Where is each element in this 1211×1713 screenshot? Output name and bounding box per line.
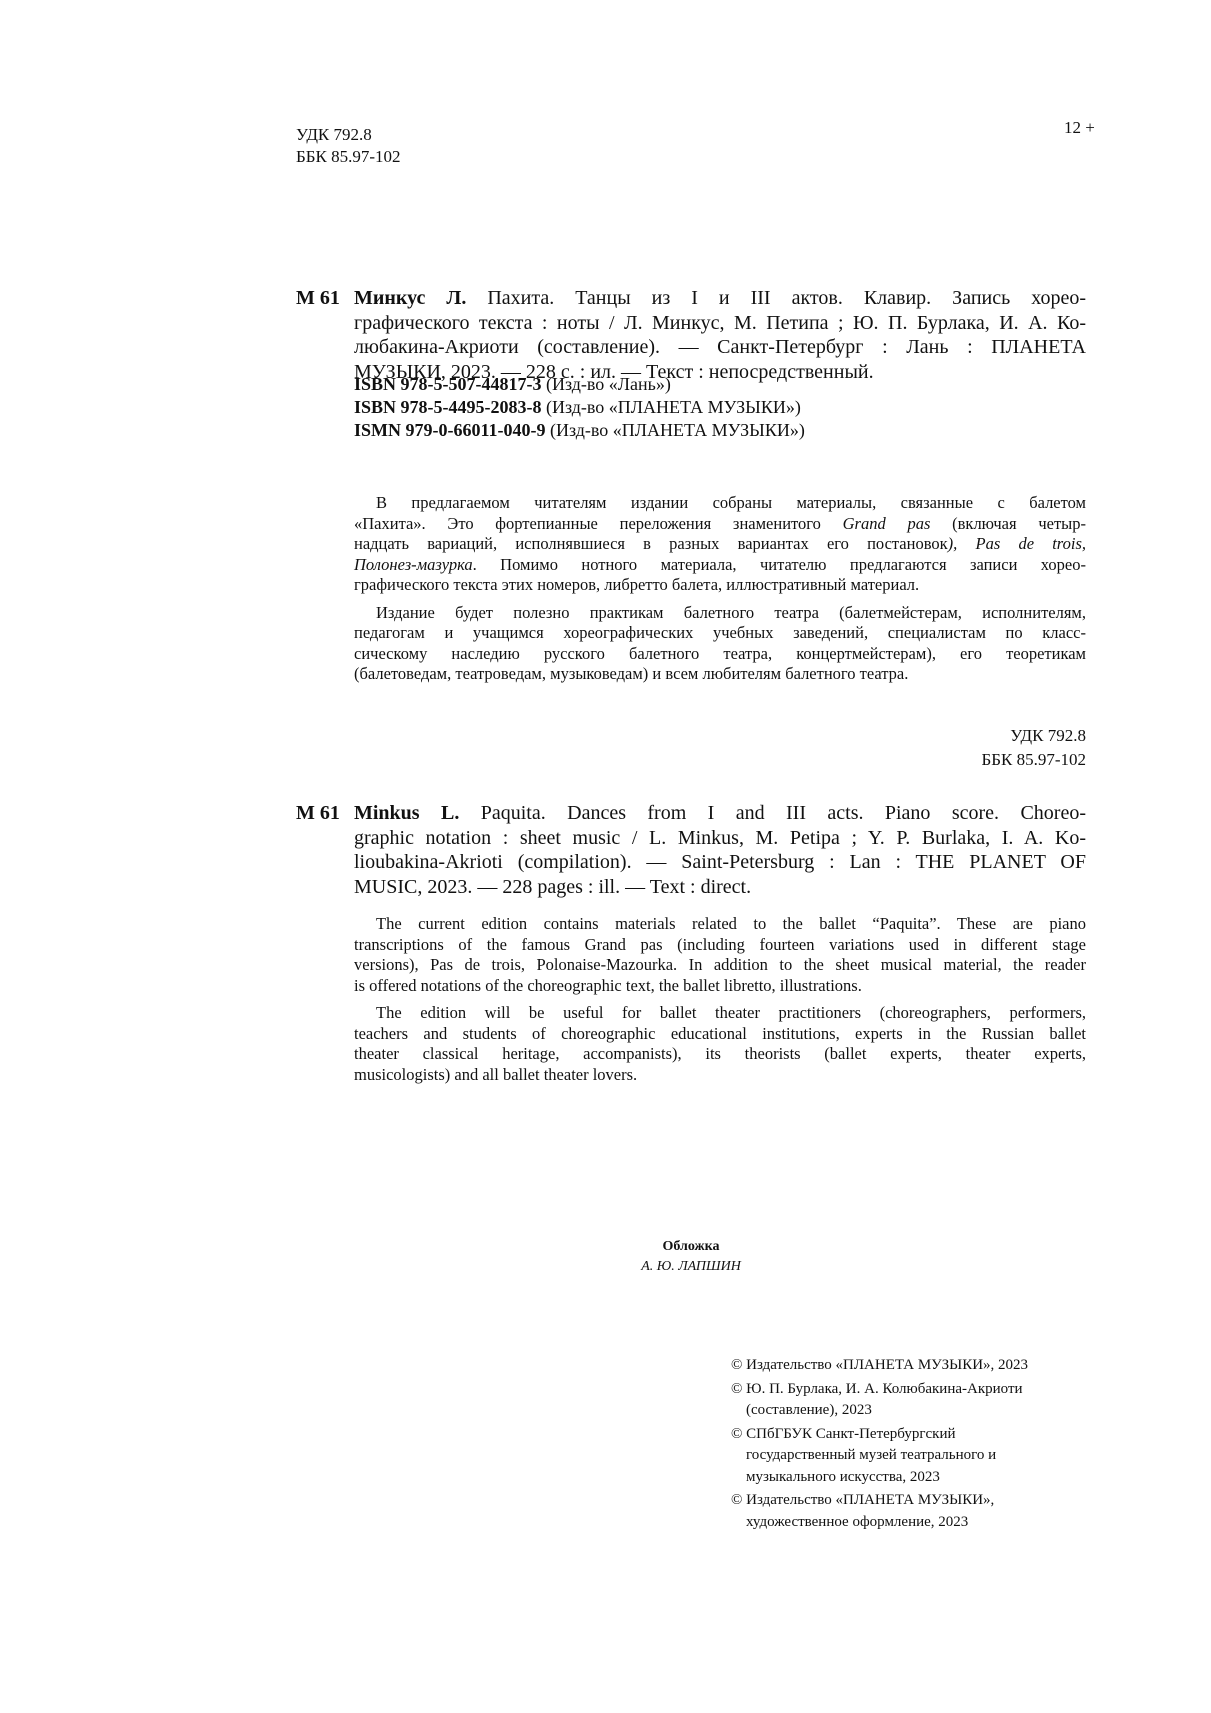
text-run: сическому наследию русского балетного те… [354, 644, 1086, 663]
identifier-row: ISBN 978-5-507-44817-3 (Изд-во «Лань») [354, 373, 805, 396]
abstract-line: педагогам и учащимся хореографических уч… [354, 623, 1086, 644]
italic-text: Grand pas [843, 514, 931, 533]
abstract-line: Полонез-мазурка. Помимо нотного материал… [354, 555, 1086, 576]
text-run: versions), Pas de trois, Polonaise-Mazou… [354, 955, 1086, 974]
abstract-paragraph: Издание будет полезно практикам балетног… [354, 603, 1086, 685]
text-run: The current edition contains materials r… [376, 914, 1086, 933]
udk-bbk-right: УДК 792.8 ББК 85.97-102 [981, 724, 1086, 772]
russian-abstract: В предлагаемом читателям издании собраны… [354, 493, 1086, 692]
identifier-number: ISMN 979-0-66011-040-9 [354, 420, 546, 440]
text-run: графического текста этих номеров, либрет… [354, 575, 919, 594]
identifier-list: ISBN 978-5-507-44817-3 (Изд-во «Лань»)IS… [354, 373, 805, 442]
copyright-item: © Издательство «ПЛАНЕТА МУЗЫКИ», 2023 [731, 1355, 1061, 1377]
copyright-continuation: государственный музей театрального и [731, 1445, 1061, 1467]
copyright-line: © Издательство «ПЛАНЕТА МУЗЫКИ», 2023 [731, 1355, 1061, 1377]
text-run: . Помимо нотного материала, читателю пре… [473, 555, 1086, 574]
abstract-line: teachers and students of choreographic e… [354, 1024, 1086, 1045]
text-run: The edition will be useful for ballet th… [376, 1003, 1086, 1022]
abstract-line: is offered notations of the choreographi… [354, 976, 1086, 997]
italic-text: ), Pas de trois, [948, 534, 1086, 553]
entry-line: любакина-Акриоти (составление). — Санкт-… [354, 335, 1086, 360]
abstract-line: theater classical heritage, accompanists… [354, 1044, 1086, 1065]
text-run: надцать вариаций, исполнявшиеся в разных… [354, 534, 948, 553]
text-run: Издание будет полезно практикам балетног… [376, 603, 1086, 622]
abstract-paragraph: The current edition contains materials r… [354, 914, 1086, 996]
entry-text: Пахита. Танцы из I и III актов. Клавир. … [466, 287, 1086, 309]
cover-artist: А. Ю. ЛАПШИН [0, 1257, 1211, 1277]
abstract-line: Издание будет полезно практикам балетног… [354, 603, 1086, 624]
copyright-line: © Издательство «ПЛАНЕТА МУЗЫКИ», [731, 1490, 1061, 1512]
author-name: Минкус Л. [354, 287, 466, 309]
text-run: (включая четыр- [930, 514, 1086, 533]
entry-text: MUSIC, 2023. — 228 pages : ill. — Text :… [354, 876, 751, 898]
entry-line: Minkus L. Paquita. Dances from I and III… [354, 801, 1086, 826]
english-catalog-entry: M 61 Minkus L. Paquita. Dances from I an… [296, 801, 1086, 899]
italic-text: Полонез-мазурка [354, 555, 473, 574]
copyright-continuation: музыкального искусства, 2023 [731, 1467, 1061, 1489]
author-name: Minkus L. [354, 802, 459, 824]
abstract-paragraph: The edition will be useful for ballet th… [354, 1003, 1086, 1085]
age-rating: 12 + [1064, 118, 1095, 138]
text-run: is offered notations of the choreographi… [354, 976, 862, 995]
copyright-item: © Издательство «ПЛАНЕТА МУЗЫКИ»,художест… [731, 1490, 1061, 1533]
text-run: педагогам и учащимся хореографических уч… [354, 623, 1086, 642]
identifier-row: ISBN 978-5-4495-2083-8 (Изд-во «ПЛАНЕТА … [354, 396, 805, 419]
text-run: theater classical heritage, accompanists… [354, 1044, 1086, 1063]
text-run: transcriptions of the famous Grand pas (… [354, 935, 1086, 954]
udk-code: УДК 792.8 [296, 124, 401, 146]
abstract-line: сическому наследию русского балетного те… [354, 644, 1086, 665]
english-abstract: The current edition contains materials r… [354, 914, 1086, 1092]
copyright-item: © СПбГБУК Санкт-Петербургскийгосударстве… [731, 1424, 1061, 1489]
text-run: musicologists) and all ballet theater lo… [354, 1065, 637, 1084]
bbk-code: ББК 85.97-102 [296, 146, 401, 168]
abstract-line: musicologists) and all ballet theater lo… [354, 1065, 1086, 1086]
abstract-line: (балетоведам, театроведам, музыковедам) … [354, 664, 1086, 685]
bbk-code-right: ББК 85.97-102 [981, 748, 1086, 772]
copyright-line: © СПбГБУК Санкт-Петербургский [731, 1424, 1061, 1446]
identifier-publisher: (Изд-во «ПЛАНЕТА МУЗЫКИ») [546, 420, 805, 440]
udk-code-right: УДК 792.8 [981, 724, 1086, 748]
text-run: «Пахита». Это фортепианные переложения з… [354, 514, 843, 533]
abstract-line: В предлагаемом читателям издании собраны… [354, 493, 1086, 514]
catalog-entry-body: Минкус Л. Пахита. Танцы из I и III актов… [354, 286, 1086, 384]
abstract-line: The current edition contains materials r… [354, 914, 1086, 935]
abstract-paragraph: В предлагаемом читателям издании собраны… [354, 493, 1086, 596]
entry-text: Paquita. Dances from I and III acts. Pia… [459, 802, 1086, 824]
author-mark: М 61 [296, 286, 340, 311]
copyright-continuation: (составление), 2023 [731, 1400, 1061, 1422]
entry-line: графического текста : ноты / Л. Минкус, … [354, 311, 1086, 336]
entry-line: lioubakina-Akrioti (compilation). — Sain… [354, 850, 1086, 875]
identifier-number: ISBN 978-5-4495-2083-8 [354, 397, 542, 417]
abstract-line: надцать вариаций, исполнявшиеся в разных… [354, 534, 1086, 555]
cover-label: Обложка [0, 1237, 1211, 1257]
author-mark-en: M 61 [296, 801, 340, 826]
copyright-item: © Ю. П. Бурлака, И. А. Колюбакина-Акриот… [731, 1379, 1061, 1422]
entry-text: любакина-Акриоти (составление). — Санкт-… [354, 336, 1086, 358]
abstract-line: transcriptions of the famous Grand pas (… [354, 935, 1086, 956]
russian-catalog-entry: М 61 Минкус Л. Пахита. Танцы из I и III … [296, 286, 1086, 384]
identifier-publisher: (Изд-во «Лань») [542, 374, 671, 394]
entry-text: graphic notation : sheet music / L. Mink… [354, 827, 1086, 849]
entry-line: graphic notation : sheet music / L. Mink… [354, 826, 1086, 851]
copyright-continuation: художественное оформление, 2023 [731, 1512, 1061, 1534]
entry-text: графического текста : ноты / Л. Минкус, … [354, 312, 1086, 334]
catalog-entry-body-en: Minkus L. Paquita. Dances from I and III… [354, 801, 1086, 899]
abstract-line: «Пахита». Это фортепианные переложения з… [354, 514, 1086, 535]
cover-credit: Обложка А. Ю. ЛАПШИН [0, 1237, 1211, 1277]
identifier-row: ISMN 979-0-66011-040-9 (Изд-во «ПЛАНЕТА … [354, 419, 805, 442]
text-run: teachers and students of choreographic e… [354, 1024, 1086, 1043]
udk-bbk-header: УДК 792.8 ББК 85.97-102 [296, 124, 401, 168]
copyright-list: © Издательство «ПЛАНЕТА МУЗЫКИ», 2023© Ю… [731, 1355, 1061, 1535]
identifier-number: ISBN 978-5-507-44817-3 [354, 374, 542, 394]
abstract-line: versions), Pas de trois, Polonaise-Mazou… [354, 955, 1086, 976]
entry-line: MUSIC, 2023. — 228 pages : ill. — Text :… [354, 875, 1086, 900]
abstract-line: графического текста этих номеров, либрет… [354, 575, 1086, 596]
text-run: (балетоведам, театроведам, музыковедам) … [354, 664, 908, 683]
abstract-line: The edition will be useful for ballet th… [354, 1003, 1086, 1024]
entry-text: lioubakina-Akrioti (compilation). — Sain… [354, 851, 1086, 873]
entry-line: Минкус Л. Пахита. Танцы из I и III актов… [354, 286, 1086, 311]
identifier-publisher: (Изд-во «ПЛАНЕТА МУЗЫКИ») [542, 397, 801, 417]
copyright-line: © Ю. П. Бурлака, И. А. Колюбакина-Акриот… [731, 1379, 1061, 1401]
text-run: В предлагаемом читателям издании собраны… [376, 493, 1086, 512]
